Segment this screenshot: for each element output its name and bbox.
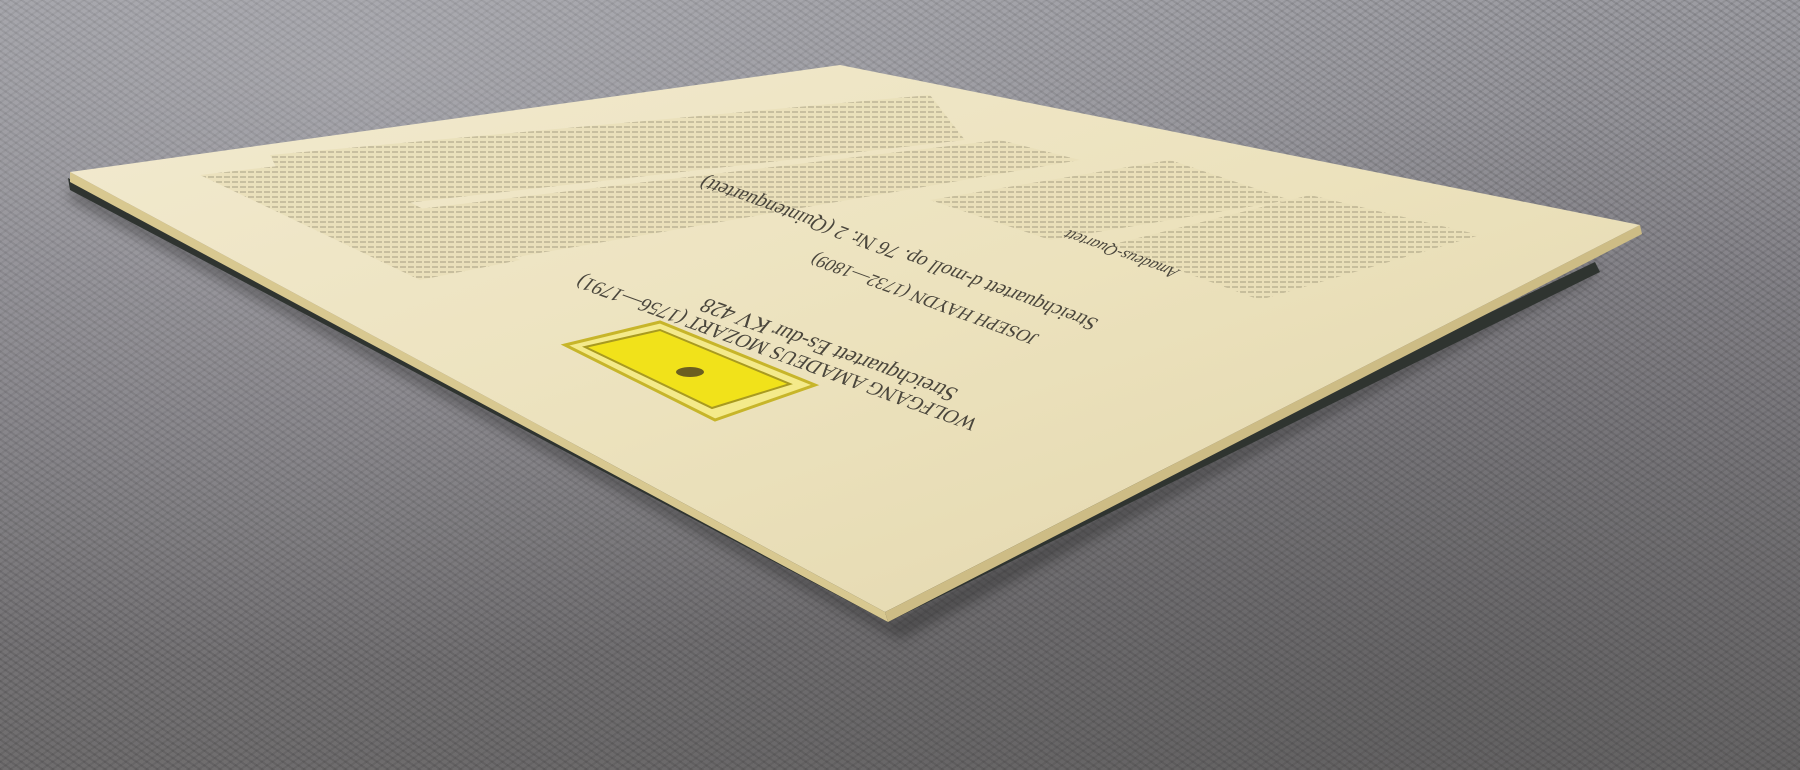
tulip-crown-icon	[676, 367, 704, 377]
record-sleeve-scene: WOLFGANG AMADEUS MOZART (1756—1791) Stre…	[0, 0, 1800, 770]
